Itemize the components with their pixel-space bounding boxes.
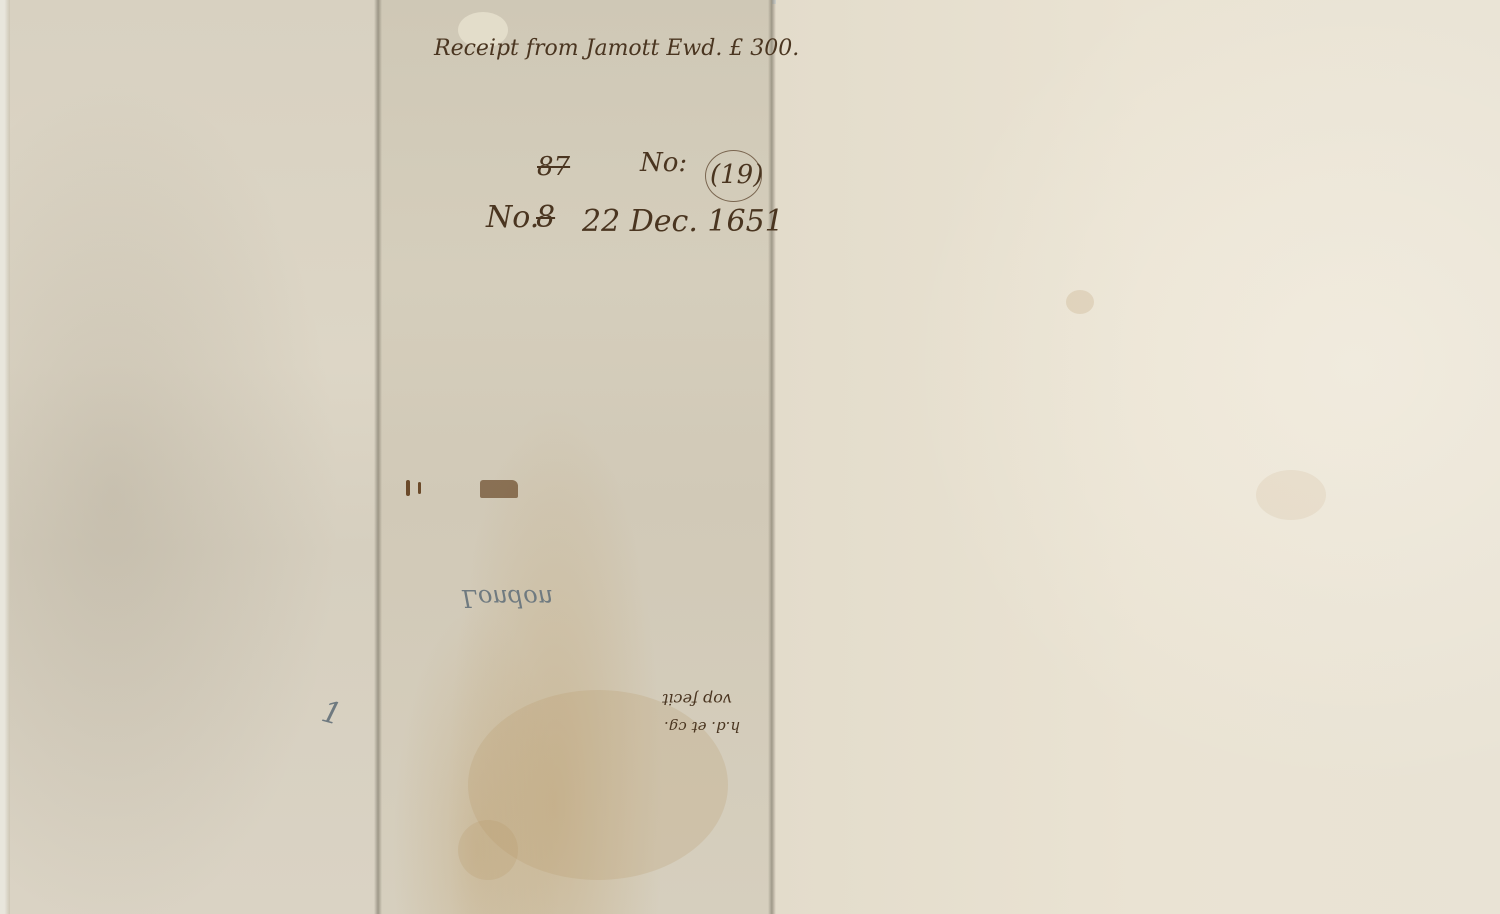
right-fold-panel: [776, 0, 1500, 914]
lower-note-line1: vop fecit: [662, 690, 732, 709]
pencil-note: London: [462, 584, 553, 612]
ink-blot: [480, 480, 518, 498]
lower-note-line2: h.d. et cg.: [664, 718, 740, 736]
struck-digit: 8: [536, 200, 555, 235]
fold-crease-left: [374, 0, 382, 914]
circled-number: (19): [710, 160, 763, 190]
date-text: 22 Dec. 1651: [582, 204, 784, 239]
no-prefix: No.: [486, 200, 539, 235]
ink-mark: [418, 482, 421, 494]
number-label: No:: [640, 148, 687, 178]
struck-number: 87: [537, 152, 570, 182]
torn-edge: [0, 0, 10, 914]
ink-mark: [406, 480, 410, 496]
foxing-spot: [1066, 290, 1094, 314]
fold-crease-right: [768, 0, 776, 914]
faint-stain: [1256, 470, 1326, 520]
endorsement-text: Receipt from Jamott Ewd. £ 300.: [434, 36, 799, 61]
water-stain: [458, 820, 518, 880]
middle-fold-panel: [378, 0, 772, 914]
left-fold-panel: [0, 0, 378, 914]
document-sheet: Receipt from Jamott Ewd. £ 300. 87 No: (…: [0, 0, 1500, 914]
